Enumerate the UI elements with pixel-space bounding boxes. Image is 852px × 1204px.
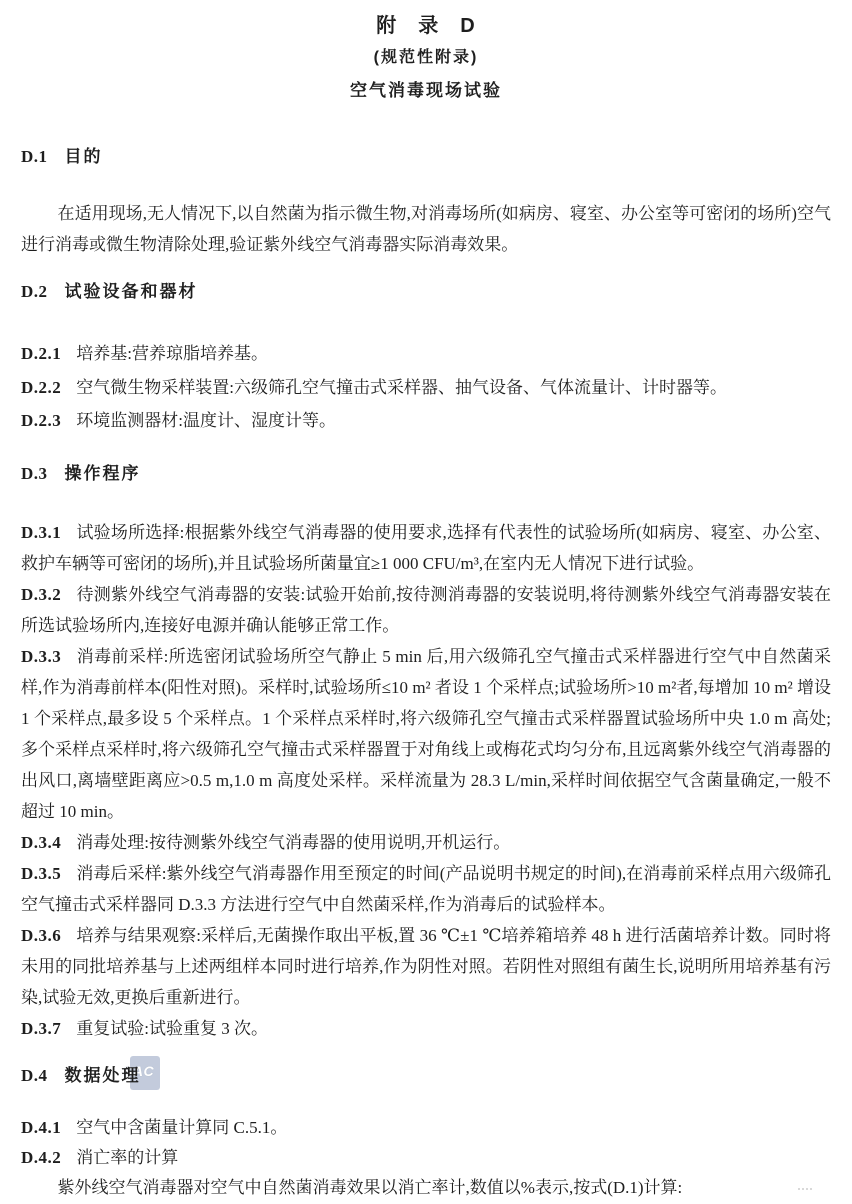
clause-d2-2: D.2.2空气微生物采样装置:六级筛孔空气撞击式采样器、抽气设备、气体流量计、计…	[21, 371, 831, 405]
clause-number: D.3.5	[21, 864, 61, 883]
clause-d3-2: D.3.2待测紫外线空气消毒器的安装:试验开始前,按待测消毒器的安装说明,将待测…	[21, 579, 831, 641]
section-title: 目的	[65, 147, 103, 166]
clause-text: 消毒前采样:所选密闭试验场所空气静止 5 min 后,用六级筛孔空气撞击式采样器…	[21, 647, 831, 821]
clause-d4-2: D.4.2消亡率的计算	[21, 1143, 831, 1173]
clause-text: 空气微生物采样装置:六级筛孔空气撞击式采样器、抽气设备、气体流量计、计时器等。	[76, 378, 727, 397]
scan-artifact	[798, 1188, 812, 1190]
section-number: D.4	[21, 1066, 48, 1085]
paragraph-d1-body: 在适用现场,无人情况下,以自然菌为指示微生物,对消毒场所(如病房、寝室、办公室等…	[21, 198, 831, 260]
clause-d3-5: D.3.5消毒后采样:紫外线空气消毒器作用至预定的时间(产品说明书规定的时间),…	[21, 858, 831, 920]
clause-text: 试验场所选择:根据紫外线空气消毒器的使用要求,选择有代表性的试验场所(如病房、寝…	[21, 523, 831, 573]
section-heading-d2: D.2试验设备和器材	[21, 280, 831, 303]
clause-d3-3: D.3.3消毒前采样:所选密闭试验场所空气静止 5 min 后,用六级筛孔空气撞…	[21, 641, 831, 827]
document-page: 附 录 D (规范性附录) 空气消毒现场试验 D.1目的 在适用现场,无人情况下…	[0, 0, 852, 1204]
clause-text: 消毒后采样:紫外线空气消毒器作用至预定的时间(产品说明书规定的时间),在消毒前采…	[21, 864, 831, 914]
clause-d2-1: D.2.1培养基:营养琼脂培养基。	[21, 337, 831, 371]
clause-number: D.2.1	[21, 344, 61, 363]
appendix-title: 附 录 D	[21, 14, 831, 38]
appendix-subject-title: 空气消毒现场试验	[21, 80, 831, 101]
paragraph-d4-closing: 紫外线空气消毒器对空气中自然菌消毒效果以消亡率计,数值以%表示,按式(D.1)计…	[21, 1173, 831, 1203]
clause-d2-3: D.2.3环境监测器材:温度计、湿度计等。	[21, 404, 831, 438]
clause-d3-7: D.3.7重复试验:试验重复 3 次。	[21, 1013, 831, 1044]
clause-text: 环境监测器材:温度计、湿度计等。	[76, 411, 336, 430]
section-d3-clauses: D.3.1试验场所选择:根据紫外线空气消毒器的使用要求,选择有代表性的试验场所(…	[21, 517, 831, 1044]
clause-text: 消毒处理:按待测紫外线空气消毒器的使用说明,开机运行。	[76, 833, 510, 852]
clause-number: D.3.1	[21, 523, 61, 542]
clause-text: 消亡率的计算	[76, 1148, 178, 1167]
section-heading-d1: D.1目的	[21, 145, 831, 168]
clause-d3-4: D.3.4消毒处理:按待测紫外线空气消毒器的使用说明,开机运行。	[21, 827, 831, 858]
clause-number: D.3.7	[21, 1019, 61, 1038]
clause-number: D.3.3	[21, 647, 61, 666]
clause-number: D.3.4	[21, 833, 61, 852]
clause-text: 待测紫外线空气消毒器的安装:试验开始前,按待测消毒器的安装说明,将待测紫外线空气…	[21, 585, 831, 635]
clause-text: 重复试验:试验重复 3 次。	[76, 1019, 268, 1038]
clause-number: D.2.2	[21, 378, 61, 397]
section-heading-d4: D.4数据处理	[21, 1064, 831, 1087]
clause-text: 培养基:营养琼脂培养基。	[76, 344, 268, 363]
clause-text: 空气中含菌量计算同 C.5.1。	[76, 1118, 287, 1137]
clause-number: D.4.1	[21, 1118, 61, 1137]
section-title: 数据处理	[65, 1066, 141, 1085]
clause-number: D.3.6	[21, 926, 61, 945]
section-d2-clauses: D.2.1培养基:营养琼脂培养基。 D.2.2空气微生物采样装置:六级筛孔空气撞…	[21, 337, 831, 438]
clause-d3-1: D.3.1试验场所选择:根据紫外线空气消毒器的使用要求,选择有代表性的试验场所(…	[21, 517, 831, 579]
section-heading-d3: D.3操作程序	[21, 462, 831, 485]
clause-d4-1: D.4.1空气中含菌量计算同 C.5.1。	[21, 1113, 831, 1143]
clause-number: D.4.2	[21, 1148, 61, 1167]
clause-text: 培养与结果观察:采样后,无菌操作取出平板,置 36 ℃±1 ℃培养箱培养 48 …	[21, 926, 831, 1007]
section-number: D.2	[21, 282, 48, 301]
clause-d3-6: D.3.6培养与结果观察:采样后,无菌操作取出平板,置 36 ℃±1 ℃培养箱培…	[21, 920, 831, 1013]
section-title: 试验设备和器材	[65, 282, 198, 301]
clause-number: D.3.2	[21, 585, 61, 604]
section-title: 操作程序	[65, 464, 141, 483]
appendix-type-label: (规范性附录)	[21, 48, 831, 68]
section-number: D.3	[21, 464, 48, 483]
section-number: D.1	[21, 147, 48, 166]
section-d4-clauses: D.4.1空气中含菌量计算同 C.5.1。 D.4.2消亡率的计算	[21, 1113, 831, 1173]
clause-number: D.2.3	[21, 411, 61, 430]
